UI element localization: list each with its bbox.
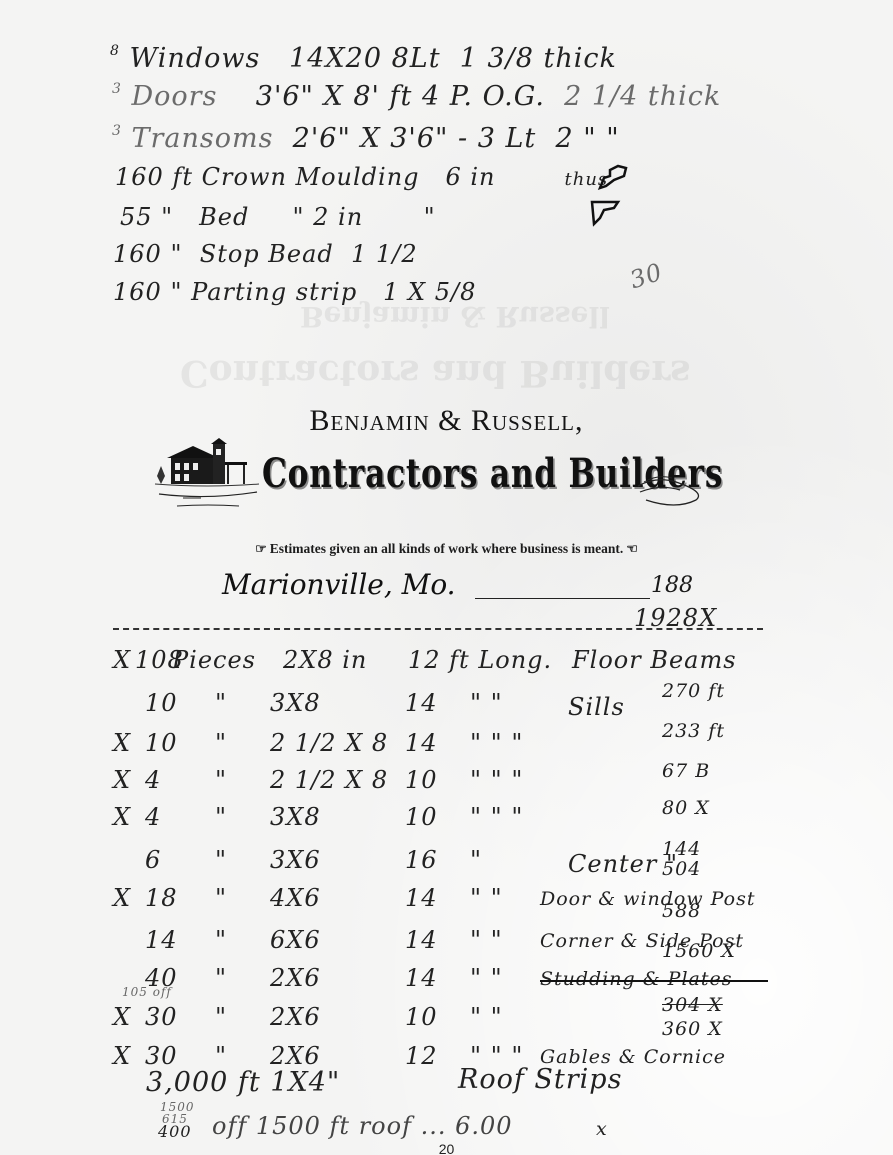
row-ditto: " " " (470, 729, 523, 757)
year-label: 188 (651, 573, 693, 598)
row-length: 10 (405, 766, 438, 794)
row-size: 2X6 (270, 1042, 321, 1070)
row-check-mark: X (113, 884, 131, 912)
note-row: 3 Transoms 2'6" X 3'6" - 3 Lt 2 " " (112, 123, 620, 154)
divider-rule (113, 628, 763, 630)
row-amount: 360 X (662, 1018, 723, 1040)
firm-name: Benjamin & Russell, (0, 404, 893, 438)
date-line (475, 598, 650, 599)
row-check-mark: X (113, 1042, 131, 1070)
row-amount: 80 X (662, 797, 710, 819)
row-use: Sills (568, 693, 625, 721)
row-use: Floor Beams (572, 646, 737, 674)
crown-moulding-profile-icon (596, 162, 630, 192)
note-row: 160 " Stop Bead 1 1/2 (113, 240, 418, 268)
row-quantity: 30 (145, 1003, 178, 1031)
house-illustration-icon (153, 436, 263, 510)
row-unit: " (215, 1003, 227, 1031)
row-length: 10 (405, 803, 438, 831)
row-length: 14 (405, 689, 438, 717)
row-use: Door & window Post (540, 888, 756, 910)
note-row: 3 Doors 3'6" X 8' ft 4 P. O.G. 2 1/4 thi… (112, 81, 721, 112)
row-length: 10 (405, 1003, 438, 1031)
pointing-hand-right-icon: ☞ (255, 541, 267, 557)
row-length: 14 (405, 926, 438, 954)
row-quantity: 14 (145, 926, 178, 954)
row-amount: 1560 X (662, 940, 736, 962)
side-note: 105 off (122, 985, 172, 999)
row-length: 12 ft Long. (408, 646, 552, 674)
calc-mark: x (596, 1118, 608, 1140)
row-size: 2X6 (270, 1003, 321, 1031)
row-check-mark: X (113, 1003, 131, 1031)
row-amount: 588 (662, 900, 701, 922)
row-size: 3X8 (270, 803, 321, 831)
roof-strips-row: 3,000 ft 1X4" (146, 1067, 340, 1098)
row-check-mark: X (113, 729, 131, 757)
note-row: 160 " Parting strip 1 X 5/8 (113, 278, 476, 306)
row-quantity: 18 (145, 884, 178, 912)
row-check-mark: X (113, 803, 131, 831)
row-unit: " (215, 964, 227, 992)
row-amount: 144 (662, 838, 701, 860)
row-quantity: 30 (145, 1042, 178, 1070)
calc-text: off 1500 ft roof ... 6.00 (212, 1112, 513, 1140)
row-size: 6X6 (270, 926, 321, 954)
swash-flourish-icon (636, 470, 716, 510)
row-size: 3X6 (270, 846, 321, 874)
row-ditto: " " " (470, 803, 523, 831)
row-unit: Pieces (172, 646, 256, 674)
calc-stack-3: 400 (158, 1122, 192, 1141)
row-amount: 233 ft (662, 720, 725, 742)
row-length: 14 (405, 884, 438, 912)
document-page: Benjamin & Russell Contractors and Build… (0, 0, 893, 1155)
strike-through-line (540, 980, 768, 982)
row-length: 12 (405, 1042, 438, 1070)
tagline: ☞Estimates given an all kinds of work wh… (0, 541, 893, 557)
note-row: 8 Windows 14X20 8Lt 1 3/8 thick (110, 43, 617, 74)
pointing-hand-left-icon: ☜ (626, 541, 638, 557)
row-length: 16 (405, 846, 438, 874)
row-amount: 270 ft (662, 680, 725, 702)
row-ditto: " " (470, 926, 503, 954)
row-length: 14 (405, 729, 438, 757)
note-row: 55 " Bed " 2 in " (120, 203, 436, 231)
row-length: 14 (405, 964, 438, 992)
row-unit: " (215, 1042, 227, 1070)
row-unit: " (215, 766, 227, 794)
margin-note: 30 (626, 258, 666, 295)
row-unit: " (215, 926, 227, 954)
row-size: 3X8 (270, 689, 321, 717)
row-check-mark: X (113, 646, 131, 674)
row-ditto: " " (470, 689, 503, 717)
row-quantity: 10 (145, 729, 178, 757)
row-ditto: " " (470, 964, 503, 992)
row-ditto: " " (470, 884, 503, 912)
row-size: 2 1/2 X 8 (270, 766, 388, 794)
row-unit: " (215, 846, 227, 874)
note-row: 160 ft Crown Moulding 6 in thus (115, 163, 608, 191)
bleed-through-subtitle: Contractors and Builders (180, 352, 691, 394)
row-unit: " (215, 803, 227, 831)
bed-moulding-profile-icon (588, 198, 622, 228)
row-size: 2X6 (270, 964, 321, 992)
row-size: 2 1/2 X 8 (270, 729, 388, 757)
row-size: 2X8 in (283, 646, 367, 674)
row-quantity: 6 (145, 846, 161, 874)
row-quantity: 4 (145, 803, 161, 831)
row-quantity: 10 (145, 689, 178, 717)
row-unit: " (215, 729, 227, 757)
page-number: 20 (0, 1141, 893, 1155)
roof-strips-use: Roof Strips (458, 1064, 622, 1095)
row-quantity: 4 (145, 766, 161, 794)
row-check-mark: X (113, 766, 131, 794)
row-ditto: " " (470, 1003, 503, 1031)
row-use: Studding & Plates (540, 968, 733, 990)
row-amount: 504 (662, 858, 701, 880)
row-unit: " (215, 689, 227, 717)
row-ditto: " (470, 846, 482, 874)
place-label: Marionville, Mo. (222, 568, 456, 601)
row-unit: " (215, 884, 227, 912)
row-size: 4X6 (270, 884, 321, 912)
row-ditto: " " " (470, 766, 523, 794)
row-amount: 67 B (662, 760, 710, 782)
row-amount: 304 X (662, 994, 723, 1016)
